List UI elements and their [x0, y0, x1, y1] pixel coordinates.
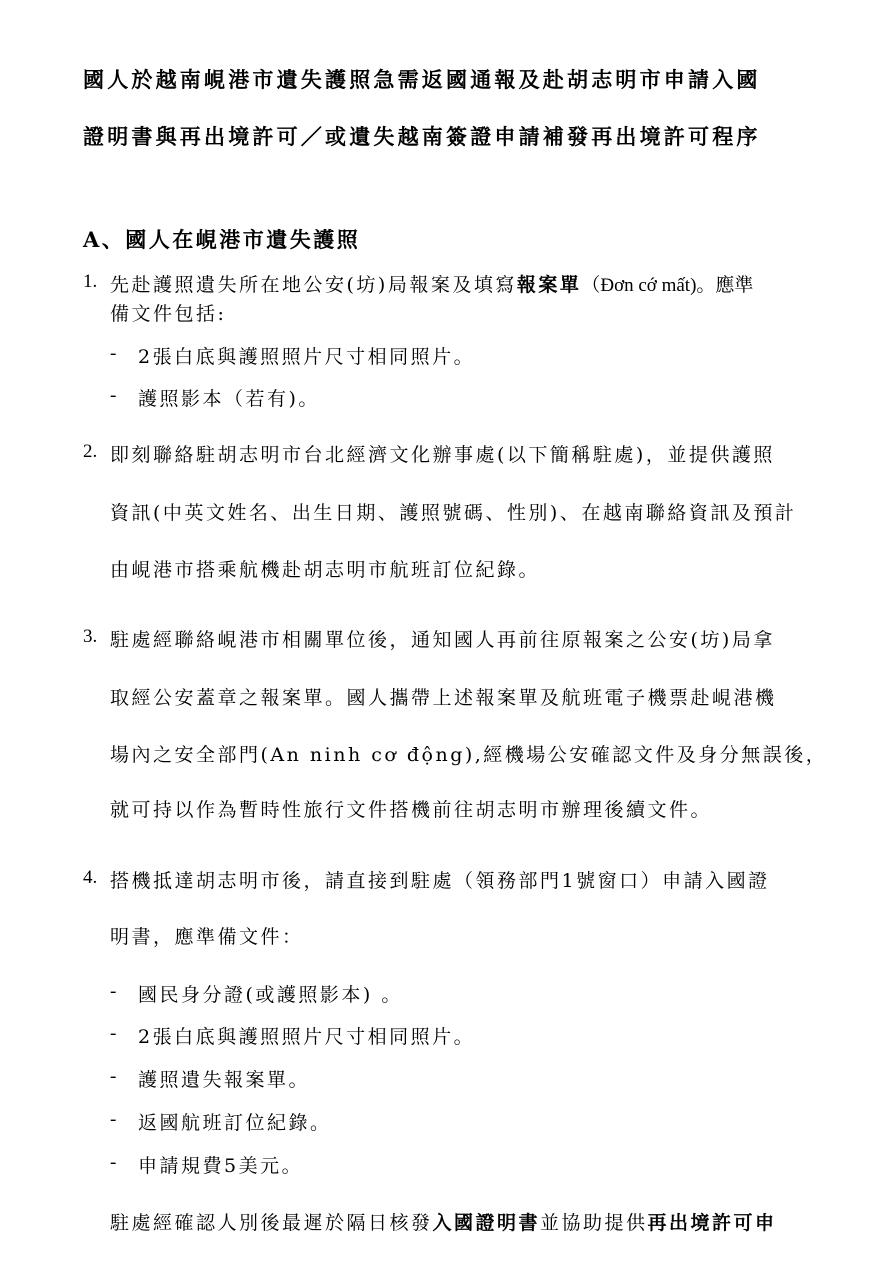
item-3-line-3: 場內之安全部門(An ninh cơ động),經機場公安確認文件及身分無誤後… [110, 740, 827, 767]
bullet-marker: - [110, 1023, 116, 1045]
item-3-line-4: 就可持以作為暫時性旅行文件搭機前往胡志明市辦理後續文件。 [110, 795, 712, 822]
item-2-line-3: 由峴港市搭乘航機赴胡志明市航班訂位紀錄。 [110, 555, 540, 582]
entry-certificate-term: 入國證明書 [433, 1212, 541, 1234]
item-4-bullet-4: 返國航班訂位紀錄。 [138, 1108, 332, 1135]
item-4-number: 4. [83, 867, 97, 889]
bullet-marker: - [110, 1152, 116, 1174]
bullet-marker: - [110, 1109, 116, 1131]
item-2-line-2: 資訊(中英文姓名、出生日期、護照號碼、性別)、在越南聯絡資訊及預計 [110, 498, 796, 525]
bullet-marker: - [110, 385, 116, 407]
item-1-bullet-2: 護照影本（若有)。 [138, 384, 320, 411]
item-4-bullet-2: 2張白底與護照照片尺寸相同照片。 [138, 1022, 475, 1049]
item-1-number: 1. [83, 271, 97, 293]
item-4-closing: 駐處經確認人別後最遲於隔日核發入國證明書並協助提供再出境許可申 [110, 1208, 777, 1235]
bullet-marker: - [110, 343, 116, 365]
item-3-line-2: 取經公安蓋章之報案單。國人攜帶上述報案單及航班電子機票赴峴港機 [110, 683, 777, 710]
document-title-line-1: 國人於越南峴港市遺失護照急需返國通報及赴胡志明市申請入國 [83, 64, 761, 94]
document-title-line-2: 證明書與再出境許可／或遺失越南簽證申請補發再出境許可程序 [83, 121, 761, 151]
bullet-marker: - [110, 981, 116, 1003]
item-4-line-1: 搭機抵達胡志明市後，請直接到駐處（領務部門1號窗口）申請入國證 [110, 866, 770, 893]
item-1-text-vi: （Đơn cớ mất)。應準 [581, 275, 753, 296]
item-4-bullet-1: 國民身分證(或護照影本) 。 [138, 980, 403, 1007]
item-4-bullet-5: 申請規費5美元。 [138, 1151, 303, 1178]
item-1-text: 先赴護照遺失所在地公安(坊)局報案及填寫 [110, 274, 517, 296]
bullet-marker: - [110, 1066, 116, 1088]
item-2-line-1: 即刻聯絡駐胡志明市台北經濟文化辦事處(以下簡稱駐處)，並提供護照 [110, 440, 775, 467]
report-form-term: 報案單 [517, 274, 582, 296]
closing-text: 駐處經確認人別後最遲於隔日核發 [110, 1212, 433, 1234]
item-1-line-1: 先赴護照遺失所在地公安(坊)局報案及填寫報案單（Đơn cớ mất)。應準 [110, 270, 753, 297]
item-3-number: 3. [83, 626, 97, 648]
closing-text: 並協助提供 [540, 1212, 648, 1234]
item-4-bullet-3: 護照遺失報案單。 [138, 1065, 310, 1092]
item-3-line-1: 駐處經聯絡峴港市相關單位後，通知國人再前往原報案之公安(坊)局拿 [110, 625, 775, 652]
item-1-line-2: 備文件包括: [110, 299, 226, 326]
reexit-permit-term: 再出境許可申 [648, 1212, 777, 1234]
item-4-line-2: 明書，應準備文件： [110, 922, 304, 949]
item-2-number: 2. [83, 441, 97, 463]
item-1-bullet-1: 2張白底與護照照片尺寸相同照片。 [138, 342, 475, 369]
section-a-heading: A、國人在峴港市遺失護照 [83, 224, 360, 254]
